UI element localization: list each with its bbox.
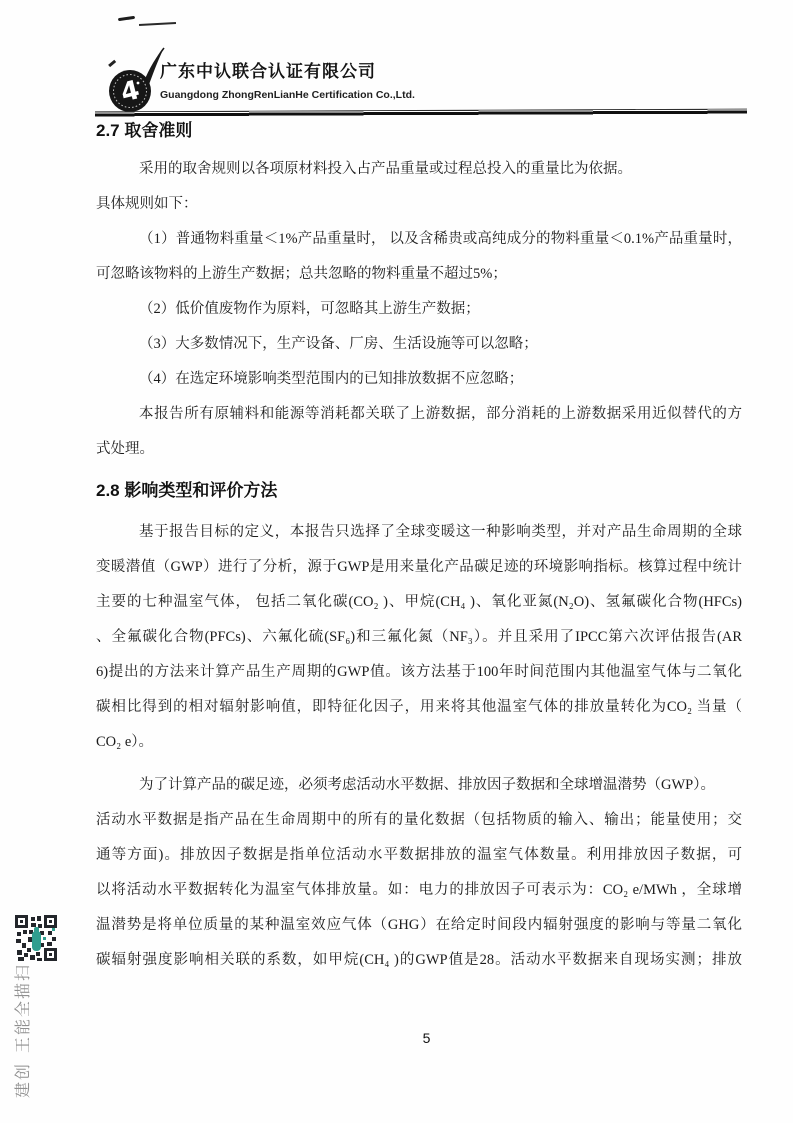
header-divider-rule [95, 109, 747, 118]
text-line: 变暖潜值（GWP）进行了分析，源于GWP是用来量化产品碳足迹的环境影响指标。核算… [96, 550, 742, 585]
text-line: 通等方面)。排放因子数据是指单位活动水平数据排放的温室气体数量。利用排放因子数据… [96, 838, 742, 873]
text-line: （4）在选定环境影响类型范围内的已知排放数据不应忽略； [96, 362, 742, 397]
page-number: 5 [60, 1030, 793, 1046]
qr-code-icon [15, 915, 57, 967]
text-line: （1）普通物料重量＜1%产品重量时， 以及含稀贵或高纯成分的物料重量＜0.1%产… [96, 222, 742, 257]
text-line: （3）大多数情况下，生产设备、厂房、生活设施等可以忽略； [96, 327, 742, 362]
scanned-document-page: { "header": { "company_cn": "广东中认联合认证有限公… [0, 0, 793, 1123]
text-line: 式处理。 [96, 432, 742, 467]
document-body: 2.7 取舍准则 采用的取舍规则以各项原材料投入占产品重量或过程总投入的重量比为… [96, 118, 742, 978]
text-line: 为了计算产品的碳足迹，必须考虑活动水平数据、排放因子数据和全球增温潜势（GWP）… [96, 768, 742, 803]
text-line: 可忽略该物料的上游生产数据；总共忽略的物料重量不超过5%； [96, 257, 742, 292]
text-line: 活动水平数据是指产品在生命周期中的所有的量化数据（包括物质的输入、输出；能量使用… [96, 803, 742, 838]
text-line: CO₂ e）。 [96, 725, 742, 760]
text-line: 具体规则如下： [96, 187, 742, 222]
text-line: 本报告所有原辅料和能源等消耗都关联了上游数据，部分消耗的上游数据采用近似替代的方 [96, 397, 742, 432]
scan-artifact-dash [118, 16, 135, 21]
text-line: 6)提出的方法来计算产品生产周期的GWP值。该方法基于100年时间范围内其他温室… [96, 655, 742, 690]
text-line: 以将活动水平数据转化为温室气体排放量。如：电力的排放因子可表示为：CO₂ e/M… [96, 873, 742, 908]
company-name-en: Guangdong ZhongRenLianHe Certification C… [160, 89, 415, 101]
text-line: 碳相比得到的相对辐射影响值，即特征化因子，用来将其他温室气体的排放量转化为CO₂… [96, 690, 742, 725]
company-name-cn: 广东中认联合认证有限公司 [160, 57, 376, 82]
section-heading-2-7: 2.7 取舍准则 [96, 118, 742, 152]
watermark-text: 扫描全能王创建 [13, 964, 37, 1099]
section-heading-2-8: 2.8 影响类型和评价方法 [96, 475, 742, 515]
text-line: （2）低价值废物作为原料，可忽略其上游生产数据； [96, 292, 742, 327]
text-line: 主要的七种温室气体， 包括二氧化碳(CO₂ )、甲烷(CH₄ )、氧化亚氮(N₂… [96, 585, 742, 620]
text-line: 采用的取舍规则以各项原材料投入占产品重量或过程总投入的重量比为依据。 [96, 152, 742, 187]
scan-artifact-dash [139, 22, 176, 26]
text-line: 碳辐射强度影响相关联的系数，如甲烷(CH₄ )的GWP值是28。活动水平数据来自… [96, 943, 742, 978]
text-line: 温潜势是将单位质量的某种温室效应气体（GHG）在给定时间段内辐射强度的影响与等量… [96, 908, 742, 943]
text-line: 、全氟碳化合物(PFCs)、六氟化硫(SF₆)和三氟化氮（NF₃）。并且采用了I… [96, 620, 742, 655]
text-line: 基于报告目标的定义，本报告只选择了全球变暖这一种影响类型，并对产品生命周期的全球 [96, 515, 742, 550]
